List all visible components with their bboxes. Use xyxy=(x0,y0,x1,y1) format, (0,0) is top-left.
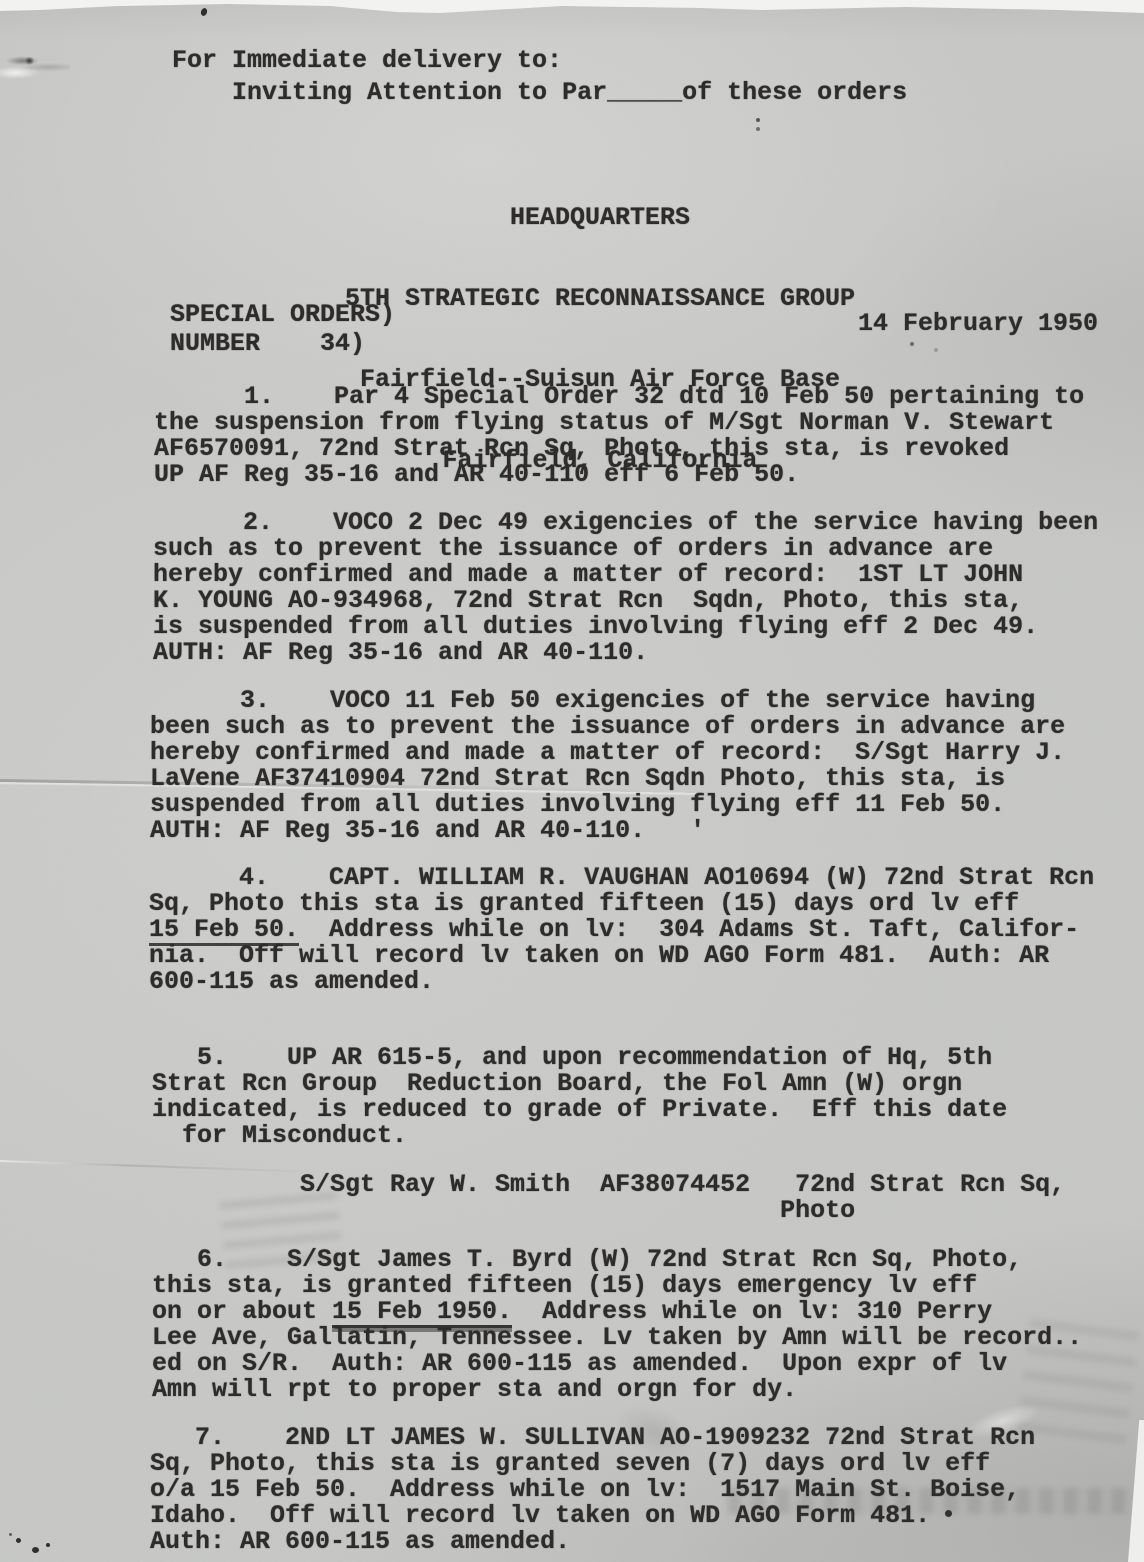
typed-text: been such as to prevent the issuance of … xyxy=(150,712,1065,741)
scanned-special-orders-document: For Immediate delivery to: Inviting Atte… xyxy=(0,0,1144,1562)
typed-line: 1. Par 4 Special Order 32 dtd 10 Feb 50 … xyxy=(154,384,1084,410)
typed-line: 3. VOCO 11 Feb 50 exigencies of the serv… xyxy=(150,688,1065,714)
typed-line: been such as to prevent the issuance of … xyxy=(150,714,1065,740)
typed-text: Auth: AR 600-115 as amended. xyxy=(150,1527,570,1556)
reduced-airman-name-block: S/Sgt Ray W. Smith AF38074452 72nd Strat… xyxy=(150,1172,1065,1224)
order-paragraph-4: 4. CAPT. WILLIAM R. VAUGHAN AO10694 (W) … xyxy=(149,865,1094,995)
order-paragraph-7: 7. 2ND LT JAMES W. SULLIVAN AO-1909232 7… xyxy=(150,1425,1035,1555)
typed-line: Idaho. Off will record lv taken on WD AG… xyxy=(150,1503,1035,1529)
typed-line: suspended from all duties involving flyi… xyxy=(150,792,1065,818)
typed-line: LaVene AF37410904 72nd Strat Rcn Sqdn Ph… xyxy=(150,766,1065,792)
typed-line: o/a 15 Feb 50. Address while on lv: 1517… xyxy=(150,1477,1035,1503)
typed-text: ed on S/R. Auth: AR 600-115 as amended. … xyxy=(152,1349,1007,1378)
typed-text: 7. 2ND LT JAMES W. SULLIVAN AO-1909232 7… xyxy=(150,1423,1035,1452)
typed-line: Sq, Photo this sta is granted fifteen (1… xyxy=(149,891,1094,917)
typed-line: ed on S/R. Auth: AR 600-115 as amended. … xyxy=(152,1351,1082,1377)
typed-text: 600-115 as amended. xyxy=(149,967,434,996)
typed-line: 5. UP AR 615-5, and upon recommendation … xyxy=(152,1045,1007,1071)
typed-text: such as to prevent the issuance of order… xyxy=(153,534,993,563)
typed-line: hereby confirmed and made a matter of re… xyxy=(153,562,1098,588)
typed-text: 6. S/Sgt James T. Byrd (W) 72nd Strat Rc… xyxy=(152,1245,1022,1274)
typed-text: AF6570091, 72nd Strat Rcn Sq, Photo, thi… xyxy=(154,434,1009,463)
typed-text: o/a 15 Feb 50. Address while on lv: 1517… xyxy=(150,1475,1020,1504)
typed-text: Sq, Photo this sta is granted fifteen (1… xyxy=(149,889,1019,918)
typed-line: 7. 2ND LT JAMES W. SULLIVAN AO-1909232 7… xyxy=(150,1425,1035,1451)
order-paragraph-6: 6. S/Sgt James T. Byrd (W) 72nd Strat Rc… xyxy=(152,1247,1082,1403)
typed-text: 5. UP AR 615-5, and upon recommendation … xyxy=(152,1043,992,1072)
typed-line: Lee Ave, Gallatin, Tennessee. Lv taken b… xyxy=(152,1325,1082,1351)
typed-line: AF6570091, 72nd Strat Rcn Sq, Photo, thi… xyxy=(154,436,1084,462)
typed-text: Sq, Photo, this sta is granted seven (7)… xyxy=(150,1449,990,1478)
order-paragraphs: 1. Par 4 Special Order 32 dtd 10 Feb 50 … xyxy=(0,0,1144,1562)
typed-line: Auth: AR 600-115 as amended. xyxy=(150,1529,1035,1555)
typed-line: K. YOUNG AO-934968, 72nd Strat Rcn Sqdn,… xyxy=(153,588,1098,614)
typed-text: suspended from all duties involving flyi… xyxy=(150,790,1005,819)
typed-line: nia. Off will record lv taken on WD AGO … xyxy=(149,943,1094,969)
typed-text: for Misconduct. xyxy=(152,1121,407,1150)
typed-text: LaVene AF37410904 72nd Strat Rcn Sqdn Ph… xyxy=(150,764,1005,793)
typed-text: AUTH: AF Reg 35-16 and AR 40-110. ' xyxy=(150,816,705,845)
typed-line: the suspension from flying status of M/S… xyxy=(154,410,1084,436)
typed-text: UP AF Reg 35-16 and AR 40-110 eff 6 Feb … xyxy=(154,460,799,489)
typed-text: Lee Ave, Gallatin, Tennessee. Lv taken b… xyxy=(152,1323,1082,1352)
typed-text: Address while on lv: 310 Perry xyxy=(512,1297,992,1326)
typed-line: is suspended from all duties involving f… xyxy=(153,614,1098,640)
typed-line: indicated, is reduced to grade of Privat… xyxy=(152,1097,1007,1123)
typed-text: 4. CAPT. WILLIAM R. VAUGHAN AO10694 (W) … xyxy=(149,863,1094,892)
typed-line: AUTH: AF Reg 35-16 and AR 40-110. ' xyxy=(150,818,1065,844)
typed-text: nia. Off will record lv taken on WD AGO … xyxy=(149,941,1049,970)
typed-line: 4. CAPT. WILLIAM R. VAUGHAN AO10694 (W) … xyxy=(149,865,1094,891)
typed-line: on or about 15 Feb 1950. Address while o… xyxy=(152,1299,1082,1325)
typed-text: this sta, is granted fifteen (15) days e… xyxy=(152,1271,977,1300)
underlined-date: 15 Feb 1950. xyxy=(332,1299,512,1325)
typed-line: 15 Feb 50. Address while on lv: 304 Adam… xyxy=(149,917,1094,943)
order-paragraph-2: 2. VOCO 2 Dec 49 exigencies of the servi… xyxy=(153,510,1098,666)
typed-line: Strat Rcn Group Reduction Board, the Fol… xyxy=(152,1071,1007,1097)
typed-line: such as to prevent the issuance of order… xyxy=(153,536,1098,562)
typed-line: Amn will rpt to proper sta and orgn for … xyxy=(152,1377,1082,1403)
typed-text: AUTH: AF Reg 35-16 and AR 40-110. xyxy=(153,638,648,667)
order-paragraph-1: 1. Par 4 Special Order 32 dtd 10 Feb 50 … xyxy=(154,384,1084,488)
typed-text: Address while on lv: 304 Adams St. Taft,… xyxy=(299,915,1079,944)
typed-line: 2. VOCO 2 Dec 49 exigencies of the servi… xyxy=(153,510,1098,536)
typed-text: S/Sgt Ray W. Smith AF38074452 72nd Strat… xyxy=(150,1170,1065,1199)
typed-line: S/Sgt Ray W. Smith AF38074452 72nd Strat… xyxy=(150,1172,1065,1198)
order-paragraph-5: 5. UP AR 615-5, and upon recommendation … xyxy=(152,1045,1007,1149)
typed-text: the suspension from flying status of M/S… xyxy=(154,408,1054,437)
typed-text: Photo xyxy=(150,1196,855,1225)
typed-line: this sta, is granted fifteen (15) days e… xyxy=(152,1273,1082,1299)
typed-line: hereby confirmed and made a matter of re… xyxy=(150,740,1065,766)
typed-text: indicated, is reduced to grade of Privat… xyxy=(152,1095,1007,1124)
typed-text: hereby confirmed and made a matter of re… xyxy=(150,738,1065,767)
typed-line: AUTH: AF Reg 35-16 and AR 40-110. xyxy=(153,640,1098,666)
typed-text: Amn will rpt to proper sta and orgn for … xyxy=(152,1375,797,1404)
typed-text: 3. VOCO 11 Feb 50 exigencies of the serv… xyxy=(150,686,1035,715)
typed-line: Photo xyxy=(150,1198,1065,1224)
typed-text: 2. VOCO 2 Dec 49 exigencies of the servi… xyxy=(153,508,1098,537)
order-paragraph-3: 3. VOCO 11 Feb 50 exigencies of the serv… xyxy=(150,688,1065,844)
typed-text: is suspended from all duties involving f… xyxy=(153,612,1038,641)
typed-text: 1. Par 4 Special Order 32 dtd 10 Feb 50 … xyxy=(154,382,1084,411)
typed-line: UP AF Reg 35-16 and AR 40-110 eff 6 Feb … xyxy=(154,462,1084,488)
underlined-date: 15 Feb 50. xyxy=(149,917,299,943)
typed-line: Sq, Photo, this sta is granted seven (7)… xyxy=(150,1451,1035,1477)
typed-text: hereby confirmed and made a matter of re… xyxy=(153,560,1023,589)
typed-text: K. YOUNG AO-934968, 72nd Strat Rcn Sqdn,… xyxy=(153,586,1023,615)
typed-text: Strat Rcn Group Reduction Board, the Fol… xyxy=(152,1069,962,1098)
typed-text: Idaho. Off will record lv taken on WD AG… xyxy=(150,1501,930,1530)
typed-line: 600-115 as amended. xyxy=(149,969,1094,995)
typed-text: on or about xyxy=(152,1297,332,1326)
typed-line: for Misconduct. xyxy=(152,1123,1007,1149)
typed-line: 6. S/Sgt James T. Byrd (W) 72nd Strat Rc… xyxy=(152,1247,1082,1273)
